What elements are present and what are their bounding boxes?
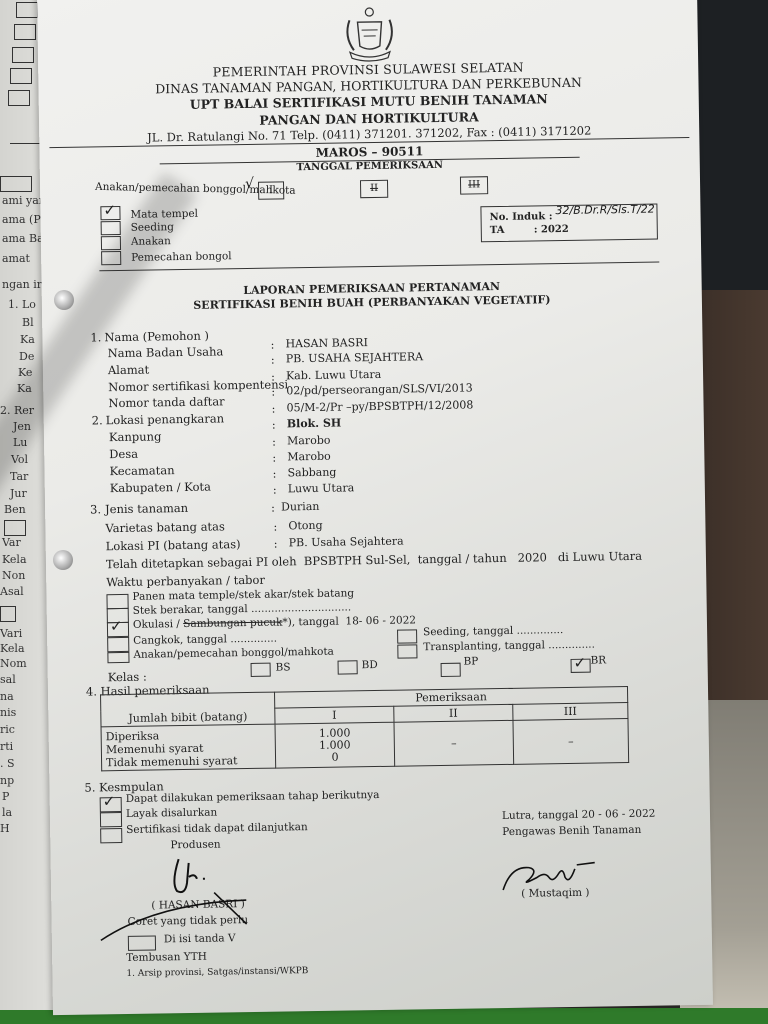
under-text: Kela xyxy=(2,553,27,566)
checkbox-conclusion-discontinued[interactable] xyxy=(100,828,122,843)
under-text: H xyxy=(0,822,10,835)
under-text: Nom xyxy=(0,657,27,670)
stage-label-ii: II xyxy=(370,183,378,194)
method-stek-berakar: Stek berakar, tanggal ..................… xyxy=(133,601,352,616)
colon: : xyxy=(273,483,277,497)
field-label: Alamat xyxy=(108,363,149,378)
background-dark-surface xyxy=(690,0,768,300)
checkbox-class-bs[interactable] xyxy=(251,663,271,677)
field-label: Kanpung xyxy=(109,429,162,444)
checkbox-cangkok[interactable] xyxy=(107,637,129,652)
checkbox-pemecahan-bongol[interactable] xyxy=(101,251,121,265)
checkbox-okulasi[interactable] xyxy=(107,622,129,637)
under-text: Non xyxy=(2,569,25,582)
under-text: De xyxy=(19,350,34,363)
section-number: 4. xyxy=(86,684,97,698)
variety-value: Otong xyxy=(288,519,322,533)
under-text: 1. Lo xyxy=(8,298,36,311)
under-text: sal xyxy=(0,673,16,686)
col-header-i: I xyxy=(275,706,394,724)
section-number: 2. xyxy=(92,413,103,427)
under-text: ric xyxy=(0,723,15,736)
field-label: Lokasi penangkaran xyxy=(106,411,225,427)
checkbox-seeding[interactable] xyxy=(101,221,121,235)
desa-value: Marobo xyxy=(287,450,331,464)
field-label: Nomor tanda daftar xyxy=(108,394,224,410)
colon: : xyxy=(270,338,274,352)
pi-agency: BPSBTPH Sul-Sel, xyxy=(304,552,411,568)
kampung-value: Marobo xyxy=(287,434,331,448)
checkbox-anakan-pemecahan[interactable] xyxy=(107,652,129,663)
under-checkbox-checked xyxy=(0,176,32,192)
pi-date-label: tanggal / tahun xyxy=(418,551,507,566)
colon: : xyxy=(274,537,278,551)
okulasi-label: Okulasi / xyxy=(133,618,183,631)
field-label: Lokasi PI (batang atas) xyxy=(106,537,241,553)
value-col-ii-dash: – xyxy=(451,736,457,749)
under-text: amat xyxy=(2,252,30,265)
values-col-iii: – xyxy=(513,719,629,765)
propagation-material-title: Anakan/pemecahan bonggol/mahkota xyxy=(95,181,296,197)
under-text: np xyxy=(0,774,14,787)
under-checkbox xyxy=(16,2,38,18)
under-text: P xyxy=(2,790,9,803)
colon: : xyxy=(272,435,276,449)
inspector-name: ( Mustaqim ) xyxy=(521,887,589,900)
under-text: ngan ir xyxy=(2,278,42,291)
under-text: ama Ba xyxy=(2,232,44,245)
values-col-i: 1.000 1.000 0 xyxy=(275,722,395,768)
under-text: rti xyxy=(0,740,13,753)
field-label: Nomor sertifikasi kompentensi xyxy=(108,377,288,394)
binder-hole-icon xyxy=(53,550,73,570)
option-mata-tempel: Mata tempel xyxy=(130,208,198,221)
producer-label: Produsen xyxy=(170,838,220,851)
field-label: Varietas batang atas xyxy=(105,519,225,535)
class-label: Kelas : xyxy=(108,670,147,685)
okulasi-date: 18- 06 - 2022 xyxy=(345,614,416,627)
option-seeding: Seeding xyxy=(131,221,174,234)
option-pemecahan-bongol: Pemecahan bongol xyxy=(131,250,232,264)
field-label: Desa xyxy=(109,447,138,461)
class-bd: BD xyxy=(361,659,377,671)
kecamatan-value: Sabbang xyxy=(287,466,336,480)
field-label: Nama Badan Usaha xyxy=(108,344,224,360)
checkbox-class-bp[interactable] xyxy=(441,663,461,677)
class-bs: BS xyxy=(276,661,291,673)
values-col-ii: – xyxy=(394,720,514,766)
field-label: Nama (Pemohon ) xyxy=(104,329,209,345)
address-value: Kab. Luwu Utara xyxy=(286,368,381,382)
location-value: Blok. SH xyxy=(287,417,342,431)
option-anakan: Anakan xyxy=(131,235,171,248)
registration-number: 05/M-2/Pr –py/BPSBTPH/12/2008 xyxy=(286,398,473,414)
stage-label-iii: III xyxy=(468,179,480,190)
under-text: Kela xyxy=(0,642,25,655)
propagation-time-label: Waktu perbanyakan / tabor xyxy=(106,573,265,589)
colon: : xyxy=(273,520,277,534)
ta-label: TA xyxy=(490,225,505,236)
checkbox-mata-tempel[interactable] xyxy=(100,206,120,220)
under-text: Jur xyxy=(10,487,27,500)
place-date: Lutra, tanggal 20 - 06 - 2022 xyxy=(502,808,656,822)
method-seeding: Seeding, tanggal .............. xyxy=(423,624,563,638)
col-header-ii: II xyxy=(394,704,513,722)
under-text: ama (P xyxy=(2,213,41,226)
results-table: Jumlah bibit (batang) Pemeriksaan I II I… xyxy=(100,686,629,771)
stage-box-ii[interactable]: II xyxy=(360,180,388,198)
legend-label: Di isi tanda V xyxy=(164,932,236,945)
under-text: ami yar xyxy=(2,194,44,207)
row-header: Jumlah bibit (batang) xyxy=(101,692,275,727)
under-checkbox-checked xyxy=(14,24,36,40)
under-text: la xyxy=(2,806,12,819)
method-transplanting: Transplanting, tanggal .............. xyxy=(423,639,595,654)
pi-prefix: Telah ditetapkan sebagai PI oleh xyxy=(106,554,297,571)
under-text: nis xyxy=(0,706,16,719)
checkbox-conclusion-distributable[interactable] xyxy=(100,812,122,827)
legend-checkbox xyxy=(128,935,156,950)
class-bp: BP xyxy=(463,655,478,667)
inspector-role: Pengawas Benih Tanaman xyxy=(502,824,641,838)
field-label: Jenis tanaman xyxy=(105,501,188,516)
row-label-tidak-memenuhi: Tidak memenuhi syarat xyxy=(106,754,271,770)
pi-place: di Luwu Utara xyxy=(558,549,642,564)
field-label: Kecamatan xyxy=(109,463,174,478)
colon: : xyxy=(272,451,276,465)
colon: : xyxy=(271,353,275,367)
certificate-document: PEMERINTAH PROVINSI SULAWESI SELATAN DIN… xyxy=(37,0,713,1015)
method-okulasi: Okulasi / Sambungan pucuk*), tanggal 18-… xyxy=(133,614,416,630)
under-checkbox xyxy=(4,520,26,536)
registration-box: No. Induk : 32/B.Dr.R/Sls.T/22 TA : 2022 xyxy=(480,204,658,243)
colon: : xyxy=(272,467,276,481)
method-panen-mata: Panen mata temple/stek akar/stek batang xyxy=(132,587,354,602)
checkbox-class-bd[interactable] xyxy=(338,660,358,674)
under-checkbox xyxy=(12,47,34,63)
competency-cert-number: 02/pd/perseorangan/SLS/VI/2013 xyxy=(286,381,473,397)
kabupaten-value: Luwu Utara xyxy=(288,481,355,495)
field-label: Kabupaten / Kota xyxy=(110,480,211,496)
value-col-iii-dash: – xyxy=(568,734,574,747)
row-labels-cell: Diperiksa Memenuhi syarat Tidak memenuhi… xyxy=(101,724,276,771)
section-number: 3. xyxy=(90,502,101,516)
section-number: 1. xyxy=(90,330,101,344)
colon: : xyxy=(271,501,275,515)
plant-type-value: Durian xyxy=(281,500,320,514)
colon: : xyxy=(271,385,275,399)
pi-statement: Telah ditetapkan sebagai PI oleh BPSBTPH… xyxy=(106,549,642,571)
under-text: . S xyxy=(0,757,15,770)
method-anakan-pemecahan: Anakan/pemecahan bonggol/mahkota xyxy=(133,646,334,661)
section-number: 5. xyxy=(84,780,95,794)
value-tidak-memenuhi: 0 xyxy=(280,750,390,764)
method-cangkok: Cangkok, tanggal .............. xyxy=(133,633,277,647)
checkbox-anakan[interactable] xyxy=(101,236,121,250)
pi-year: 2020 xyxy=(518,550,547,564)
colon: : xyxy=(271,402,275,416)
under-checkbox xyxy=(0,606,16,622)
checkbox-conclusion-next-stage[interactable] xyxy=(100,797,122,812)
col-header-iii: III xyxy=(513,703,628,721)
pi-location-value: PB. Usaha Sejahtera xyxy=(289,535,404,550)
binder-hole-icon xyxy=(54,290,74,310)
under-text: Bl xyxy=(22,316,34,329)
ta-value: : 2022 xyxy=(534,224,569,236)
conclusion-discontinued: Sertifikasi tidak dapat dilanjutkan xyxy=(126,821,308,836)
under-checkbox xyxy=(8,90,30,106)
colon: : xyxy=(272,418,276,432)
cc-item: 1. Arsip provinsi, Satgas/instansi/WKPB xyxy=(126,966,308,979)
conclusion-distributable: Layak disalurkan xyxy=(126,807,218,820)
under-text: Asal xyxy=(0,585,24,598)
conclusion-next-stage: Dapat dilakukan pemeriksaan tahap beriku… xyxy=(126,789,380,805)
under-text: Ka xyxy=(20,333,35,346)
under-text: Vari xyxy=(0,627,22,640)
under-text: Tar xyxy=(10,470,28,483)
class-br: BR xyxy=(590,654,606,666)
crest-emblem-icon xyxy=(339,6,400,65)
business-name: PB. USAHA SEJAHTERA xyxy=(286,350,424,365)
cc-title: Tembusan YTH xyxy=(126,951,207,964)
under-text: na xyxy=(0,690,14,703)
sambungan-pucuk-struck: Sambungan pucuk xyxy=(183,616,282,630)
stage-box-iii[interactable]: III xyxy=(460,176,488,194)
no-induk-label: No. Induk : xyxy=(489,211,552,223)
under-text: Ben xyxy=(4,503,26,516)
checkbox-seeding-date[interactable] xyxy=(397,629,417,643)
okulasi-suffix: *), tanggal xyxy=(282,616,339,629)
no-induk-value: 32/B.Dr.R/Sls.T/22 xyxy=(555,203,654,218)
checkbox-transplanting[interactable] xyxy=(397,644,417,658)
under-checkbox xyxy=(10,68,32,84)
checkbox-class-br[interactable] xyxy=(571,659,591,673)
under-text: Var xyxy=(2,536,21,549)
applicant-name: HASAN BASRI xyxy=(285,336,368,350)
